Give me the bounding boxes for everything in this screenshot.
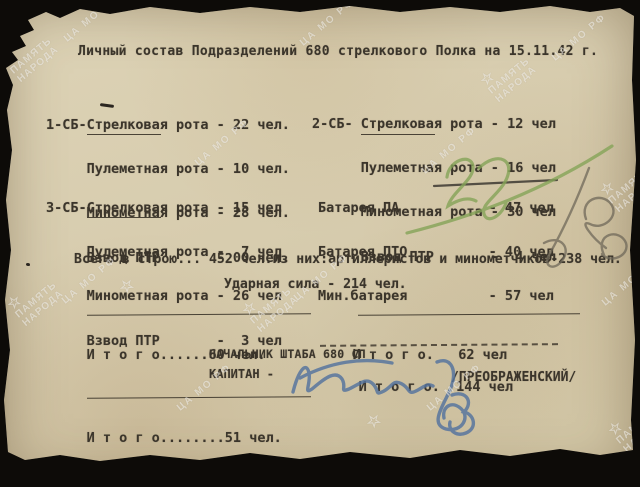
signature-rank-line: КАПИТАН - (209, 367, 274, 381)
total-separator-rule (320, 343, 558, 347)
strike-force-line: Ударная сила - 214 чел. (224, 277, 407, 292)
unit-line: 3-СБ-Стрелковая рота - 15 чел (46, 202, 296, 214)
unit-sb3-block: 3-СБ-Стрелковая рота - 15 чел Пулеметная… (46, 170, 296, 476)
unit-line: 2-СБ- Стрелковая рота - 12 чел (312, 118, 580, 130)
unit-total-line: И т о г о........51 чел. (46, 432, 296, 444)
watermark-pamyat-naroda: ☆ПАМЯТЬНАРОДА (0, 26, 61, 85)
star-watermark-icon: ☆ (606, 396, 640, 438)
watermark-pamyat-naroda: ☆ПАМЯТЬНАРОДА (598, 156, 640, 215)
unit-line: 1-СБ-Стрелковая рота - 22 чел. (46, 119, 296, 131)
scan-background: { "colors":{ "paper":"#d8cdae", "typewri… (0, 0, 640, 487)
unit-line: Мин.батарея - 57 чел (318, 290, 580, 302)
signature-position-line: НАЧАЛЬНИК ШТАБА 680 СП (209, 347, 366, 361)
total-separator-rule (87, 396, 311, 399)
document-title: Личный состав Подразделений 680 стрелков… (78, 44, 598, 59)
unit-line: Батарея ПА - 47 чел (318, 202, 580, 214)
ptr-underline-rule (361, 134, 435, 135)
star-watermark-icon: ☆ (0, 26, 47, 68)
signature-name-line: /ПРЕОБРАЖЕНСКИЙ/ (451, 370, 576, 385)
unit-line: Минометная рота - 26 чел (46, 290, 296, 302)
unit-line: Взвод ПТР - 3 чел (46, 335, 296, 347)
watermark-pamyat-naroda: ☆ПАМЯТЬНАРОДА (606, 396, 640, 455)
ptr-underline-rule (87, 134, 161, 135)
paper-speck (29, 462, 33, 466)
watermark-camo-rf: ЦА МО РФ (298, 0, 357, 48)
watermark-camo-rf: ЦА МО РФ (62, 0, 121, 44)
ptr-underline-rule (87, 217, 161, 218)
paper-speck (26, 263, 30, 266)
paper-sheet: Личный состав Подразделений 680 стрелков… (0, 0, 640, 487)
star-watermark-icon: ☆ (598, 156, 640, 198)
unit-batteries-block: Батарея ПА - 47 чел Батарея ПТО - 40 чел… (318, 170, 580, 425)
star-watermark-icon: ☆ (5, 270, 52, 312)
summary-total-line: Всего в строю... 452 чел.из них:артиллер… (74, 252, 622, 267)
